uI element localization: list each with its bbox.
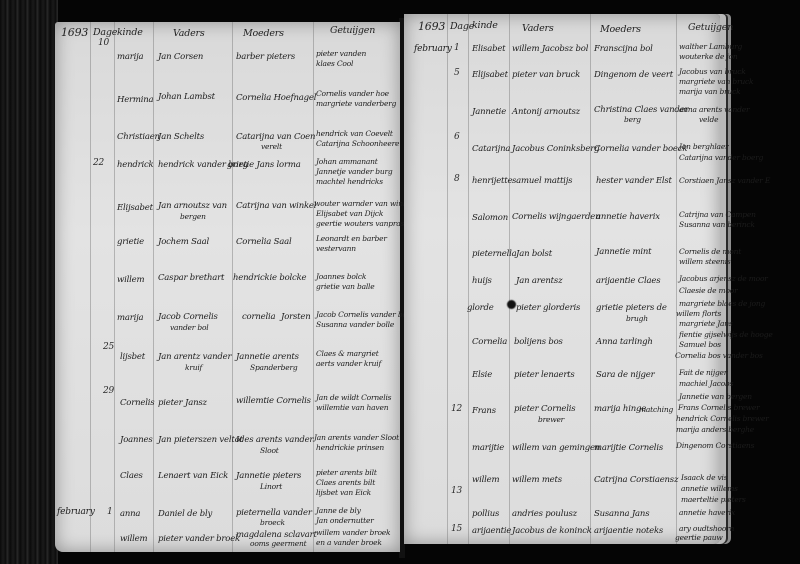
- entry-father-cont: brewer: [538, 415, 564, 424]
- entry-witness: aerts vander kruif: [316, 359, 381, 368]
- column-rule: [676, 14, 677, 544]
- entry-mother-cont: verelt: [261, 142, 282, 151]
- entry-child: pollius: [472, 509, 499, 519]
- entry-child: Elijsabet: [117, 203, 153, 213]
- column-rule: [590, 14, 591, 544]
- entry-mother: Jannetie pieters: [236, 471, 301, 481]
- entry-father-cont: kruif: [185, 363, 202, 372]
- entry-father: willem van gemingen: [512, 443, 600, 453]
- entry-witness: willemtie van haven: [316, 403, 388, 412]
- entry-witness: Johan ammanant: [316, 157, 378, 166]
- entry-child: Hermina: [117, 95, 153, 105]
- entry-father-cont: bergen: [180, 212, 206, 221]
- entry-mother-cont: ooms geerment: [250, 539, 306, 548]
- entry-father: Jan arnoutsz van: [158, 201, 227, 211]
- header-date: Dage: [93, 28, 117, 38]
- entry-father: Jochem Saal: [158, 237, 209, 247]
- entry-witness: Jan ondernutter: [316, 516, 374, 525]
- entry-day: 6: [454, 132, 460, 142]
- entry-mother: grietie pieters de: [596, 303, 667, 313]
- entry-father: pieter lenaerts: [514, 370, 575, 380]
- month-label: february: [414, 44, 452, 54]
- entry-witness: lijsbet van Eick: [316, 488, 371, 497]
- entry-witness: margriete Jans: [679, 319, 733, 328]
- entry-father: Daniel de bly: [158, 509, 212, 519]
- entry-witness: vestervann: [316, 244, 356, 253]
- entry-child: marijtie: [472, 443, 504, 453]
- entry-witness: wouter warnder van winkel: [314, 199, 414, 208]
- entry-witness: margriete van bruck: [679, 77, 753, 86]
- entry-witness: Samuel bos: [679, 340, 721, 349]
- entry-witness: geertie wouters vanpraslo: [316, 219, 411, 228]
- entry-witness: Jan de wildt Cornelis: [316, 393, 391, 402]
- entry-mother: marijtie Cornelis: [594, 443, 663, 453]
- entry-witness: Joannes bolck: [316, 272, 366, 281]
- entry-witness: Fait de nijger: [679, 368, 727, 377]
- entry-mother: Franscijna bol: [594, 44, 653, 54]
- entry-father: Jacobus Coninksberg: [512, 144, 599, 154]
- entry-father: pieter glorderis: [516, 303, 580, 313]
- header-father: Vaders: [173, 29, 205, 39]
- header-father: Vaders: [522, 24, 554, 34]
- entry-witness: ary oudtshoorn: [679, 524, 734, 533]
- entry-mother: Catrijna Corstiaensz: [594, 475, 678, 485]
- entry-witness: hendrick van Coevelt: [316, 129, 393, 138]
- month-label: february: [57, 507, 95, 517]
- entry-witness: machtel hendricks: [316, 177, 383, 186]
- entry-father: Caspar brethart: [158, 273, 224, 283]
- entry-witness: velde: [699, 115, 718, 124]
- entry-child: Elijsabet: [472, 70, 508, 80]
- column-rule: [447, 14, 448, 544]
- entry-father: Jan bolst: [516, 249, 552, 259]
- entry-witness: Cornelis vander hoe: [316, 89, 389, 98]
- entry-father-cont: vander bol: [170, 323, 208, 332]
- entry-child: willem: [120, 534, 147, 544]
- entry-witness: pieter arents bilt: [316, 468, 377, 477]
- book-binding: [0, 0, 58, 564]
- entry-day: 13: [451, 486, 462, 496]
- entry-witness: Jan arents vander Sloot: [314, 433, 399, 442]
- entry-witness: Dingenom Corstiaens: [676, 441, 754, 450]
- entry-witness: maerteltie pieters: [681, 495, 746, 504]
- entry-witness: grietie van balle: [316, 282, 375, 291]
- entry-child: huijs: [472, 276, 492, 286]
- entry-father: willem mets: [512, 475, 562, 485]
- column-rule: [509, 14, 510, 544]
- entry-mother: Jannetie arents: [236, 352, 299, 362]
- entry-witness: Corstiaen Jansz vander E: [679, 176, 770, 185]
- entry-witness: willem vander broek: [316, 528, 390, 537]
- header-mother: Moeders: [243, 29, 284, 39]
- entry-child: marija: [117, 313, 143, 323]
- entry-mother-cont: matching: [639, 405, 673, 414]
- entry-mother: grietie Jans lorma: [227, 160, 301, 170]
- header-witnesses: Getuijgen: [330, 26, 375, 36]
- entry-father: Jan pieterszen veltot: [158, 435, 243, 445]
- entry-child: Joannes: [120, 435, 153, 445]
- entry-mother: pieternella vander: [236, 508, 312, 518]
- entry-child: hendrick: [117, 160, 154, 170]
- entry-witness: marija anders berghe: [676, 425, 754, 434]
- entry-mother: hendrickie bolcke: [233, 273, 306, 283]
- entry-child: henrijette: [472, 176, 512, 186]
- entry-father: Antonij arnoutsz: [512, 107, 580, 117]
- entry-day: 1: [454, 43, 460, 53]
- header-witnesses: Getuijgen: [688, 23, 733, 33]
- entry-mother: willemtie Cornelis: [236, 396, 311, 406]
- entry-witness: margriete vanderberg: [316, 99, 396, 108]
- entry-witness: Jacob Cornelis vander bol: [316, 310, 409, 319]
- entry-witness: Cornelis de mont: [679, 247, 741, 256]
- entry-witness: Jannetje vander burg: [316, 167, 393, 176]
- entry-witness: Jacobus arjensz de moor: [679, 274, 768, 283]
- entry-day: 15: [451, 524, 462, 534]
- entry-mother: Jannetie mint: [596, 247, 651, 257]
- entry-witness: margriete blaes de jong: [679, 299, 765, 308]
- year-label: 1693: [61, 28, 88, 38]
- entry-father: Jacob Cornelis: [158, 312, 218, 322]
- entry-mother: Susanna Jans: [594, 509, 649, 519]
- entry-witness: geertie pauw: [675, 533, 723, 542]
- entry-father: pieter Jansz: [158, 398, 207, 408]
- entry-witness: Leonardt en barber: [316, 234, 387, 243]
- entry-day: 29: [103, 386, 114, 396]
- entry-witness: Claes & margriet: [316, 349, 379, 358]
- entry-mother: arijaentie Claes: [596, 276, 660, 286]
- entry-father: pieter vander broek: [158, 534, 240, 544]
- entry-child: arijaentie: [472, 526, 511, 536]
- entry-witness: marija van bruck: [679, 87, 740, 96]
- entry-mother-cont: broeck: [260, 518, 285, 527]
- entry-child: Catarijna: [472, 144, 510, 154]
- entry-child: Elsie: [472, 370, 492, 380]
- entry-mother: Sara de nijger: [596, 370, 654, 380]
- entry-father: andries poulusz: [512, 509, 577, 519]
- entry-mother-cont: Sloot: [260, 446, 279, 455]
- entry-mother-cont: Spanderberg: [250, 363, 298, 372]
- entry-child: anna: [120, 509, 140, 519]
- entry-witness: pieter vanden: [316, 49, 366, 58]
- entry-mother-cont: berg: [624, 115, 641, 124]
- entry-child: marija: [117, 52, 143, 62]
- entry-witness: Catarijna Schoonheere: [316, 139, 399, 148]
- entry-father: Jan Corsen: [158, 52, 203, 62]
- entry-witness: Jan berghlaer: [679, 142, 728, 151]
- entry-witness: willem florts: [676, 309, 721, 318]
- entry-child: Salomon: [472, 213, 508, 223]
- entry-witness: Catarijna vander boerg: [679, 153, 763, 162]
- entry-child: Jannetie: [472, 107, 506, 117]
- entry-witness: Susanna van berinck: [679, 220, 755, 229]
- entry-father: Jan Schelts: [158, 132, 204, 142]
- entry-father: bolijens bos: [514, 337, 563, 347]
- entry-child: Frans: [472, 406, 496, 416]
- entry-mother-cont: Jorsten: [281, 312, 310, 322]
- entry-mother-cont: brugh: [626, 314, 648, 323]
- entry-mother: annetie haverix: [596, 212, 660, 222]
- entry-child: glorde: [467, 303, 494, 313]
- entry-mother: Catarijna van Coen: [236, 132, 315, 142]
- entry-witness: anna arents vander: [679, 105, 749, 114]
- column-rule: [90, 22, 91, 552]
- entry-father: Jan arentsz: [516, 276, 562, 286]
- entry-witness: annetie haverix: [679, 508, 735, 517]
- entry-mother: Cornelia vander boeck: [594, 144, 687, 154]
- header-mother: Moeders: [600, 25, 641, 35]
- entry-witness: Janne de bly: [316, 506, 361, 515]
- entry-day: 1: [107, 507, 113, 517]
- entry-witness: annetie willems: [681, 484, 738, 493]
- year-label: 1693: [418, 22, 445, 32]
- ink-blot: [507, 300, 516, 309]
- entry-witness: hendrick Cornelis brewer: [676, 414, 769, 423]
- entry-father: Lenaert van Eick: [158, 471, 228, 481]
- entry-witness: Jannetie van bergen: [679, 392, 752, 401]
- entry-witness: wouterke de jon: [679, 52, 737, 61]
- entry-witness: Catrijna van Campen: [679, 210, 756, 219]
- entry-witness: Elijsabet van Dijck: [316, 209, 383, 218]
- entry-day: 12: [451, 404, 462, 414]
- column-rule: [232, 22, 233, 552]
- entry-witness: walther Lamburg: [679, 42, 742, 51]
- entry-father: Jacobus de koninck: [512, 526, 592, 536]
- entry-day: 8: [454, 174, 460, 184]
- entry-witness: klaes Cool: [316, 59, 353, 68]
- entry-mother: Cornelia Saal: [236, 237, 291, 247]
- header-child: kinde: [472, 21, 498, 31]
- column-rule: [114, 22, 115, 552]
- entry-witness: Jacobus van bruck: [679, 67, 746, 76]
- left-page: 1693 Dage kinde Vaders Moeders Getuijgen…: [55, 22, 400, 552]
- entry-father: Jan arentz vander: [158, 352, 231, 362]
- header-date: Dage: [450, 22, 474, 32]
- entry-mother: Dingenom de veert: [594, 70, 673, 80]
- entry-mother: arijaentie noteks: [594, 526, 663, 536]
- entry-witness: en a vander broek: [316, 538, 382, 547]
- entry-father: Cornelis wijngaerden: [512, 212, 600, 222]
- entry-mother: Catrijna van winkel: [236, 201, 316, 211]
- entry-mother: Ides arents vander: [236, 435, 313, 445]
- entry-mother: cornelia: [242, 312, 275, 322]
- entry-father: samuel mattijs: [512, 176, 572, 186]
- entry-father: Johan Lambst: [158, 92, 215, 102]
- column-rule: [468, 14, 469, 544]
- entry-witness: Cornelia bos vander bos: [675, 351, 763, 360]
- header-child: kinde: [117, 28, 143, 38]
- entry-father: pieter Cornelis: [514, 404, 575, 414]
- entry-child: pieternella: [472, 249, 517, 259]
- entry-child: Cornelia: [472, 337, 507, 347]
- entry-day: 25: [103, 342, 114, 352]
- entry-child: lijsbet: [120, 352, 145, 362]
- entry-day: 22: [93, 158, 104, 168]
- entry-witness: machiel Jacobs: [679, 379, 733, 388]
- entry-witness: hendrickie prinsen: [316, 443, 384, 452]
- entry-witness: Claesie de moor: [679, 286, 737, 295]
- entry-witness: Isaack de vis: [681, 473, 727, 482]
- entry-witness: Frans Cornelis brewer: [678, 403, 760, 412]
- entry-child: Elisabet: [472, 44, 505, 54]
- entry-child: Cornelis: [120, 398, 154, 408]
- entry-mother: barber pieters: [236, 52, 295, 62]
- entry-mother: Cornelia Hoefnagel: [236, 93, 316, 103]
- entry-child: Claes: [120, 471, 143, 481]
- entry-child: grietie: [117, 237, 144, 247]
- entry-mother: Anna tarlingh: [596, 337, 653, 347]
- entry-father: willem Jacobsz bol: [512, 44, 588, 54]
- entry-mother: Christina Claes vander: [594, 105, 688, 115]
- entry-day: 5: [454, 68, 460, 78]
- entry-mother-cont: Linort: [260, 482, 282, 491]
- entry-witness: Claes arents bilt: [316, 478, 375, 487]
- entry-witness: willem steenis: [679, 257, 731, 266]
- entry-child: Christiaen: [117, 132, 160, 142]
- entry-child: willem: [117, 275, 144, 285]
- entry-child: willem: [472, 475, 499, 485]
- entry-witness: Susanna vander bolle: [316, 320, 394, 329]
- entry-witness: fientie gijselwijs de hooge: [679, 330, 773, 339]
- right-page: 1693 Dage kinde Vaders Moeders Getuijgen…: [404, 14, 720, 544]
- entry-day: 10: [98, 38, 109, 48]
- entry-mother: hester vander Elst: [596, 176, 672, 186]
- entry-father: pieter van bruck: [512, 70, 580, 80]
